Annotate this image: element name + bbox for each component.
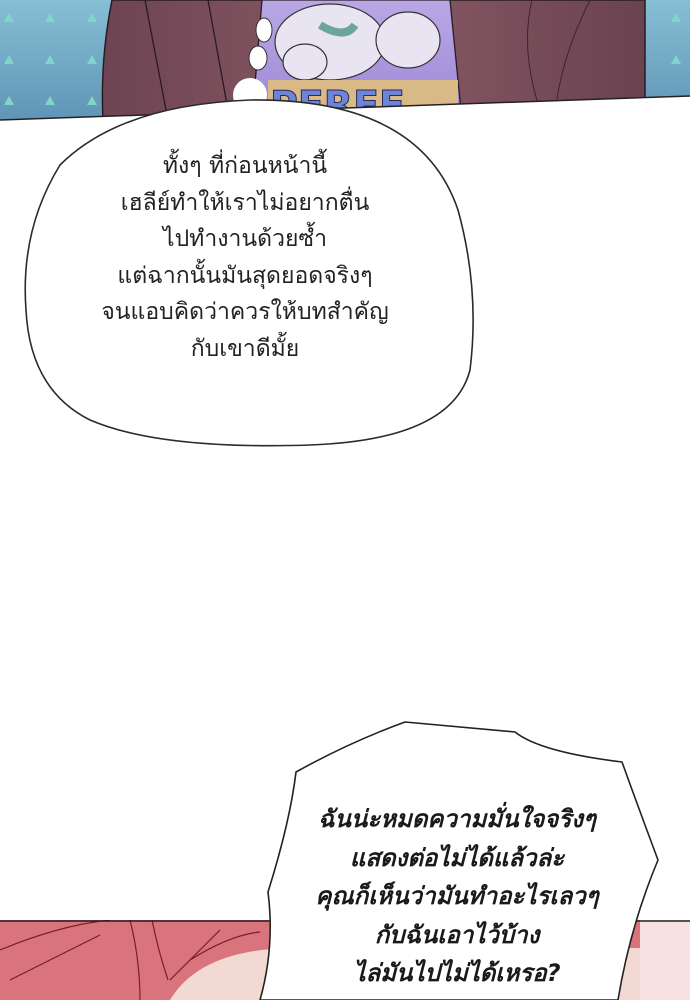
thought-line: กับเขาดีมั้ย [70,331,420,368]
thought-line: ทั้งๆ ที่ก่อนหน้านี้ [70,148,420,185]
thought-bubble: ทั้งๆ ที่ก่อนหน้านี้ เฮลีย์ทำให้เราไม่อย… [70,148,420,367]
speech-line: แสดงต่อไม่ได้แล้วล่ะ [272,839,642,878]
speech-line: คุณก็เห็นว่ามันทำอะไรเลวๆ [272,877,642,916]
speech-line: กับฉันเอาไว้บ้าง [272,916,642,955]
thought-line: เฮลีย์ทำให้เราไม่อยากตื่น [70,185,420,222]
speech-bubble: ฉันน่ะหมดความมั่นใจจริงๆ แสดงต่อไม่ได้แล… [272,800,642,993]
speech-line: ไล่มันไปไม่ได้เหรอ? [272,954,642,993]
speech-line: ฉันน่ะหมดความมั่นใจจริงๆ [272,800,642,839]
thought-line: แต่ฉากนั้นมันสุดยอดจริงๆ [70,258,420,295]
thought-line: ไปทำงานด้วยซ้ำ [70,221,420,258]
thought-line: จนแอบคิดว่าควรให้บทสำคัญ [70,294,420,331]
